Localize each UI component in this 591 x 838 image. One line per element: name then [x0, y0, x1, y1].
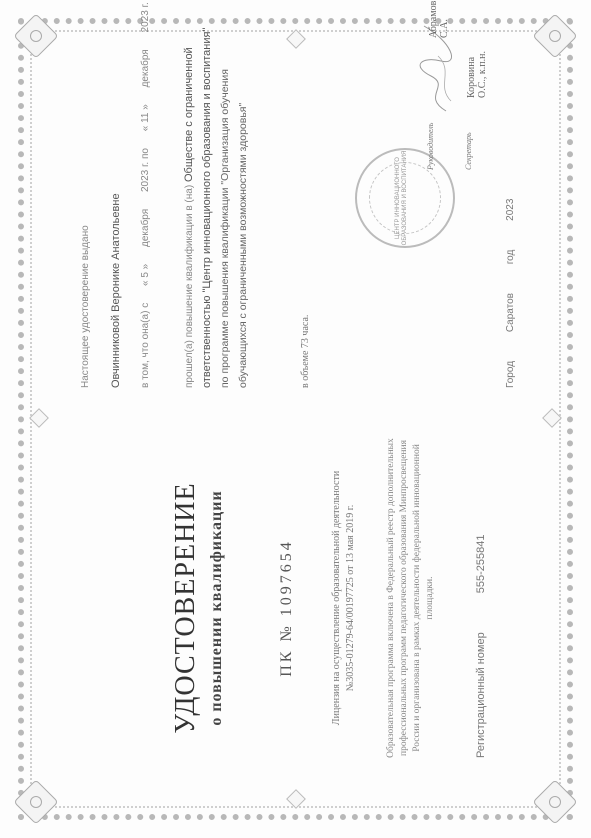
year-label: год	[505, 250, 516, 265]
registration-label: Регистрационный номер	[475, 632, 487, 758]
hours-volume: в объеме 73 часа.	[300, 315, 311, 388]
official-stamp-icon: ЦЕНТР ИННОВАЦИОННОГО ОБРАЗОВАНИЯ И ВОСПИ…	[355, 148, 455, 248]
secretary-label: Секретарь	[464, 132, 473, 170]
certificate-sheet: УДОСТОВЕРЕНИЕ о повышении квалификации П…	[0, 0, 591, 838]
year-value: 2023	[505, 199, 516, 221]
program-title-line: обучающихся с ограниченными возможностям…	[237, 103, 249, 388]
serial-prefix: ПК	[278, 649, 295, 677]
license-line: №3035-01279-64/00197725 от 13 мая 2019 г…	[344, 438, 358, 758]
serial-number: ПК № 1097654	[278, 418, 296, 798]
city-label: Город	[505, 361, 516, 388]
city-value: Саратов	[505, 293, 516, 332]
serial-value: 1097654	[278, 539, 295, 616]
director-label: Руководитель	[426, 123, 435, 170]
end-month: декабря	[140, 49, 151, 87]
registration-number: Регистрационный номер 555-255841	[475, 534, 487, 758]
director-name: Абрамов С.А.	[428, 1, 450, 38]
program-title-line: по программе повышения квалификации "Орг…	[219, 69, 231, 388]
number-sign: №	[278, 623, 295, 641]
end-year: 2023 г.	[140, 2, 151, 32]
start-year: 2023 г. по	[140, 148, 151, 192]
document-subtitle: о повышении квалификации	[208, 418, 226, 798]
document-title: УДОСТОВЕРЕНИЕ	[170, 418, 202, 798]
certificate-page: УДОСТОВЕРЕНИЕ о повышении квалификации П…	[0, 0, 591, 838]
start-day: « 5 »	[140, 264, 151, 286]
dates-prefix: в том, что она(а) с	[140, 303, 151, 388]
certificate-left-panel: УДОСТОВЕРЕНИЕ о повышении квалификации П…	[40, 418, 550, 798]
registry-note: Образовательная программа включена в Фед…	[385, 438, 437, 758]
end-day: « 11 »	[140, 104, 151, 131]
license-line: Лицензия на осуществление образовательно…	[330, 438, 344, 758]
organization-line: ответственностью "Центр инновационного о…	[201, 28, 213, 388]
recipient-name: Овчинниковой Веронике Анатольевне	[110, 193, 122, 388]
license-info: Лицензия на осуществление образовательно…	[330, 438, 358, 758]
start-month: декабря	[140, 209, 151, 247]
certificate-right-panel: Настоящее удостоверение выдано Овчиннико…	[40, 38, 550, 398]
stamp-text: ЦЕНТР ИННОВАЦИОННОГО ОБРАЗОВАНИЯ И ВОСПИ…	[395, 150, 409, 246]
secretary-name: Коровина О.С., к.п.н.	[466, 38, 488, 98]
organization-name: Обществе с ограниченной	[183, 47, 195, 182]
intro-text: Настоящее удостоверение выдано	[80, 225, 91, 388]
registration-value: 555-255841	[475, 534, 487, 593]
issue-place-year: Город Саратов год 2023	[505, 173, 516, 388]
program-line: прошел(а) повышение квалификации в (на) …	[183, 47, 195, 388]
completion-text: прошел(а) повышение квалификации в (на)	[184, 185, 195, 388]
training-dates: в том, что она(а) с « 5 » декабря 2023 г…	[140, 0, 151, 388]
